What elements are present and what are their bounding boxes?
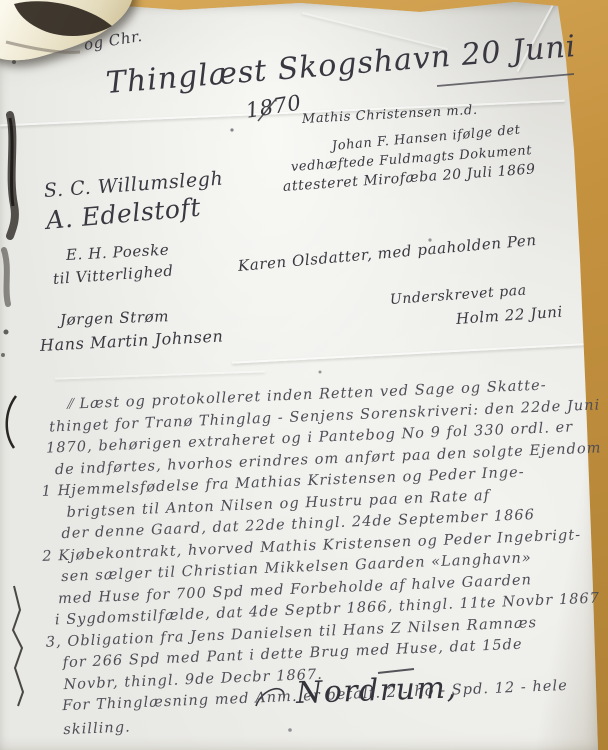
paper-crease [232, 342, 600, 363]
witness-signature: Jørgen Strøm [60, 307, 170, 329]
paper-crease [55, 370, 265, 379]
photo-background: og Chr. Thinglæst Skogshavn 20 Juni 1870… [0, 0, 608, 750]
main-signature: Nordrum, [295, 670, 458, 711]
